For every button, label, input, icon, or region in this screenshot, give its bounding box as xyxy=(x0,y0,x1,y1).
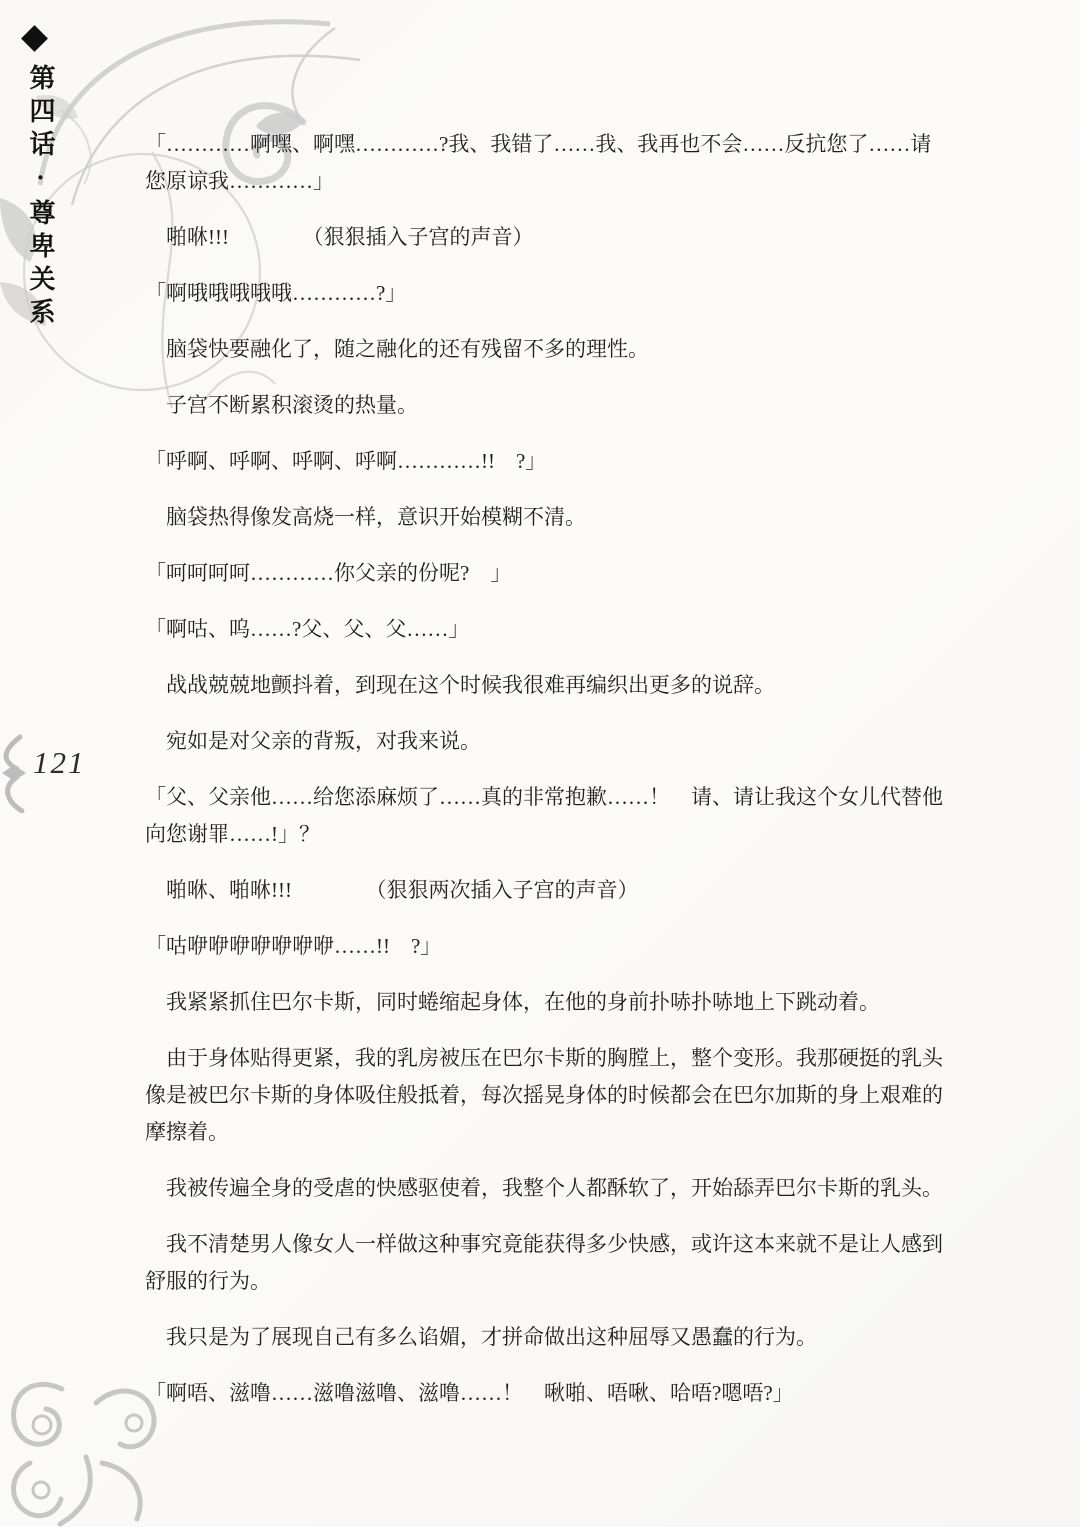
paragraph-narration: 由于身体贴得更紧，我的乳房被压在巴尔卡斯的胸膛上，整个变形。我那硬挺的乳头像是被… xyxy=(145,1040,947,1151)
paragraph-narration: 啪咻、啪咻!!! （狠狠两次插入子宫的声音） xyxy=(145,872,947,909)
paragraph-narration: 宛如是对父亲的背叛，对我来说。 xyxy=(145,723,947,760)
paragraph-dialogue: 「啊咕、呜……?父、父、父……」 xyxy=(145,611,947,648)
chapter-sidebar: 第四话·尊卑关系 xyxy=(20,26,68,331)
paragraph-narration: 脑袋快要融化了，随之融化的还有残留不多的理性。 xyxy=(145,331,947,368)
chapter-title: 第四话·尊卑关系 xyxy=(22,64,59,331)
paragraph-narration: 我被传遍全身的受虐的快感驱使着，我整个人都酥软了，开始舔弄巴尔卡斯的乳头。 xyxy=(145,1170,947,1207)
paragraph-narration: 我紧紧抓住巴尔卡斯，同时蜷缩起身体，在他的身前扑哧扑哧地上下跳动着。 xyxy=(145,984,947,1021)
paragraph-dialogue: 「啊哦哦哦哦哦…………?」 xyxy=(145,275,947,312)
page-number: 121 xyxy=(33,745,86,781)
paragraph-narration: 子宫不断累积滚烫的热量。 xyxy=(145,387,947,424)
paragraph-narration: 啪咻!!! （狠狠插入子宫的声音） xyxy=(145,219,947,256)
paragraph-dialogue: 「咕咿咿咿咿咿咿咿……!! ?」 xyxy=(145,928,947,965)
page-number-block: 121 xyxy=(0,733,110,813)
paragraph-dialogue: 「…………啊嘿、啊嘿…………?我、我错了……我、我再也不会……反抗您了……请您原… xyxy=(145,126,947,200)
diamond-icon xyxy=(21,25,48,52)
paragraph-dialogue: 「呼啊、呼啊、呼啊、呼啊…………!! ?」 xyxy=(145,443,947,480)
paragraph-dialogue: 「父、父亲他……给您添麻烦了……真的非常抱歉……！ 请、请让我这个女儿代替他向您… xyxy=(145,779,947,853)
page-number-ornament-icon xyxy=(0,733,30,813)
paragraph-dialogue: 「啊唔、滋噜……滋噜滋噜、滋噜……！ 啾啪、唔啾、哈唔?嗯唔?」 xyxy=(145,1375,947,1412)
paragraph-narration: 我只是为了展现自己有多么谄媚，才拼命做出这种屈辱又愚蠢的行为。 xyxy=(145,1319,947,1356)
paragraph-narration: 脑袋热得像发高烧一样，意识开始模糊不清。 xyxy=(145,499,947,536)
paragraph-dialogue: 「呵呵呵呵…………你父亲的份呢? 」 xyxy=(145,555,947,592)
paragraph-narration: 我不清楚男人像女人一样做这种事究竟能获得多少快感，或许这本来就不是让人感到舒服的… xyxy=(145,1226,947,1300)
body-text: 「…………啊嘿、啊嘿…………?我、我错了……我、我再也不会……反抗您了……请您原… xyxy=(145,126,947,1431)
paragraph-narration: 战战兢兢地颤抖着，到现在这个时候我很难再编织出更多的说辞。 xyxy=(145,667,947,704)
book-page: 第四话·尊卑关系 121 「…………啊嘿、啊嘿…………?我、我错了……我、我再也… xyxy=(0,0,1080,1527)
